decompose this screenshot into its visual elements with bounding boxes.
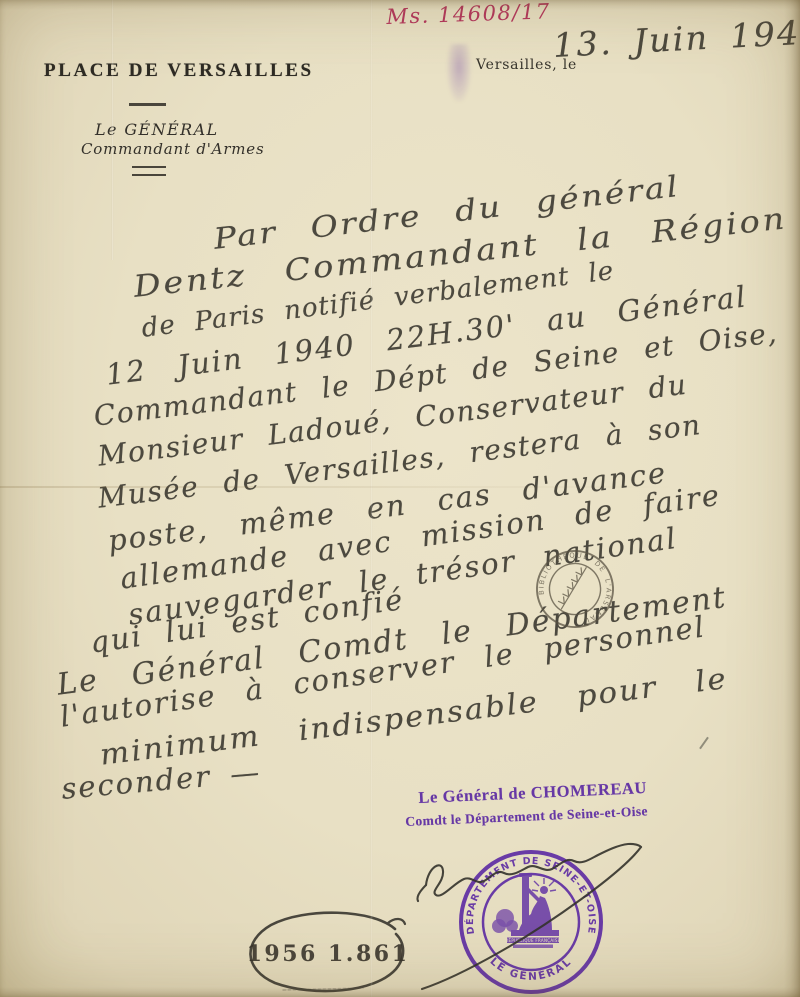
arsenal-stamp-arc-text: BIBLIOTHÈQUE DE L'ARSENAL — [533, 547, 617, 631]
laurel-branch-icon — [552, 567, 594, 609]
stray-ink-mark — [699, 737, 709, 750]
handwriting-line: seconder — — [60, 755, 262, 806]
dateline-handwritten-date: 13. Juin 1940 — [552, 12, 800, 65]
letterhead-rule — [129, 103, 166, 106]
archival-note: Ms. 14608/17 — [386, 0, 551, 29]
arsenal-stamp: BIBLIOTHÈQUE DE L'ARSENAL — [533, 547, 617, 631]
signature-ink — [398, 833, 658, 997]
chomereau-stamp-line1: Le Général de CHOMEREAU — [418, 778, 647, 808]
letterhead-title: Le GÉNÉRAL — [95, 120, 219, 139]
letterhead-place: PLACE DE VERSAILLES — [44, 60, 314, 82]
chomereau-stamp-line2: Comdt le Département de Seine-et-Oise — [405, 803, 648, 830]
fold-crease-horizontal — [0, 486, 800, 488]
accession-number: 1956 1.861 — [247, 941, 410, 967]
svg-text:BIBLIOTHÈQUE DE L'ARSENAL: BIBLIOTHÈQUE DE L'ARSENAL — [533, 547, 617, 631]
letterhead-subtitle: Commandant d'Armes — [81, 140, 265, 158]
ink-smudge — [447, 44, 471, 102]
document-page: Ms. 14608/17 PLACE DE VERSAILLES Le GÉNÉ… — [0, 0, 800, 997]
letterhead-double-rule — [132, 166, 166, 176]
accession-oval-stamp: 1956 1.861 — [233, 903, 413, 997]
arsenal-stamp-outer-ring — [533, 547, 617, 631]
paper-edge-right — [784, 0, 800, 997]
